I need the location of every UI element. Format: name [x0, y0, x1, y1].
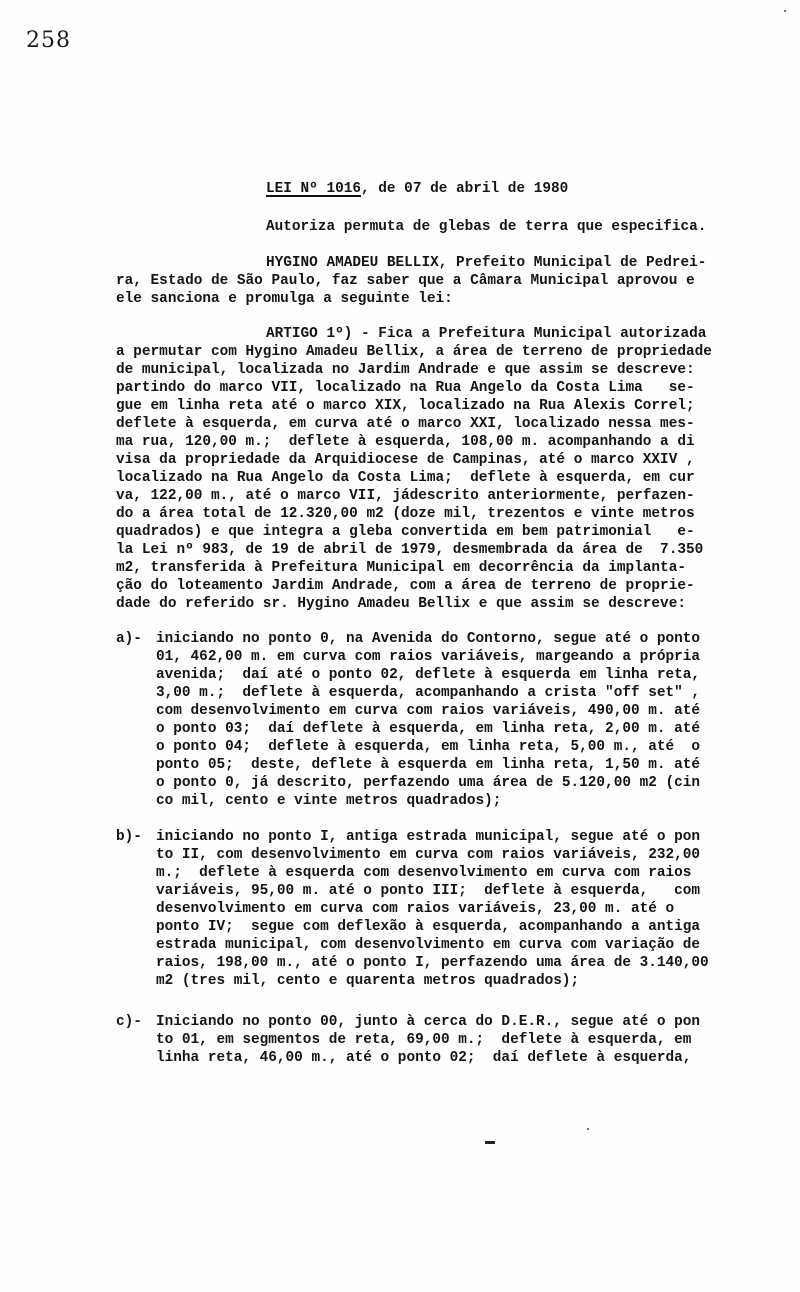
item-line: avenida; daí até o ponto 02, deflete à e… [156, 666, 700, 684]
item-line: raios, 198,00 m., até o ponto I, perfaze… [156, 954, 709, 972]
article-line: deflete à esquerda, em curva até o marco… [116, 415, 695, 433]
item-label: a)- [116, 630, 142, 648]
preamble-line: ra, Estado de São Paulo, faz saber que a… [116, 272, 695, 290]
item-line: o ponto 04; deflete à esquerda, em linha… [156, 738, 700, 756]
article-line: do a área total de 12.320,00 m2 (doze mi… [116, 505, 695, 523]
item-label: c)- [116, 1013, 142, 1031]
item-line: to II, com desenvolvimento em curva com … [156, 846, 700, 864]
scan-speck [784, 10, 786, 12]
article-line: ARTIGO 1º) - Fica a Prefeitura Municipal… [266, 325, 706, 343]
page-number: 258 [26, 28, 71, 53]
item-line: variáveis, 95,00 m. até o ponto III; def… [156, 882, 700, 900]
article-line: de municipal, localizada no Jardim Andra… [116, 361, 695, 379]
article-line: va, 122,00 m., até o marco VII, jádescri… [116, 487, 695, 505]
law-date: , de 07 de abril de 1980 [361, 181, 568, 197]
article-line: partindo do marco VII, localizado na Rua… [116, 379, 695, 397]
item-line: Iniciando no ponto 00, junto à cerca do … [156, 1013, 700, 1031]
article-line: visa da propriedade da Arquidiocese de C… [116, 451, 695, 469]
article-line: gue em linha reta até o marco XIX, local… [116, 397, 695, 415]
item-line: com desenvolvimento em curva com raios v… [156, 702, 700, 720]
item-line: iniciando no ponto 0, na Avenida do Cont… [156, 630, 700, 648]
law-title: LEI Nº 1016, de 07 de abril de 1980 [266, 180, 568, 198]
scan-mark [485, 1141, 495, 1144]
preamble-line: HYGINO AMADEU BELLIX, Prefeito Municipal… [266, 254, 706, 272]
item-line: iniciando no ponto I, antiga estrada mun… [156, 828, 700, 846]
item-line: co mil, cento e vinte metros quadrados); [156, 792, 501, 810]
item-line: ponto 05; deste, deflete à esquerda em l… [156, 756, 700, 774]
item-line: 3,00 m.; deflete à esquerda, acompanhand… [156, 684, 700, 702]
item-line: o ponto 0, já descrito, perfazendo uma á… [156, 774, 700, 792]
item-line: 01, 462,00 m. em curva com raios variáve… [156, 648, 700, 666]
item-line: to 01, em segmentos de reta, 69,00 m.; d… [156, 1031, 691, 1049]
article-line: a permutar com Hygino Amadeu Bellix, a á… [116, 343, 712, 361]
item-label: b)- [116, 828, 142, 846]
item-line: desenvolvimento em curva com raios variá… [156, 900, 674, 918]
item-line: ponto IV; segue com deflexão à esquerda,… [156, 918, 700, 936]
item-line: estrada municipal, com desenvolvimento e… [156, 936, 700, 954]
article-line: dade do referido sr. Hygino Amadeu Belli… [116, 595, 686, 613]
item-line: linha reta, 46,00 m., até o ponto 02; da… [156, 1049, 691, 1067]
article-line: ma rua, 120,00 m.; deflete à esquerda, 1… [116, 433, 695, 451]
article-line: localizado na Rua Angelo da Costa Lima; … [116, 469, 695, 487]
article-line: ção do loteamento Jardim Andrade, com a … [116, 577, 695, 595]
article-line: m2, transferida à Prefeitura Municipal e… [116, 559, 686, 577]
law-summary: Autoriza permuta de glebas de terra que … [266, 218, 706, 236]
item-line: m.; deflete à esquerda com desenvolvimen… [156, 864, 691, 882]
item-line: o ponto 03; daí deflete à esquerda, em l… [156, 720, 700, 738]
article-line: quadrados) e que integra a gleba convert… [116, 523, 695, 541]
article-line: la Lei nº 983, de 19 de abril de 1979, d… [116, 541, 703, 559]
scan-speck [587, 1128, 589, 1130]
law-number: LEI Nº 1016 [266, 181, 361, 197]
item-line: m2 (tres mil, cento e quarenta metros qu… [156, 972, 579, 990]
preamble-line: ele sanciona e promulga a seguinte lei: [116, 290, 453, 308]
